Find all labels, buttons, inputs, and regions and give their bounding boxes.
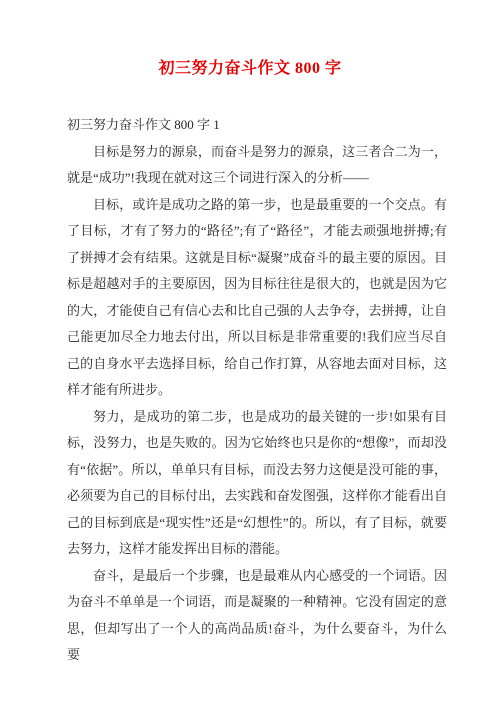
- essay-body: 初三努力奋斗作文 800 字 1 目标是努力的源泉，而奋斗是努力的源泉，这三者合…: [67, 112, 447, 669]
- document-page: { "page": { "background_color": "#ffffff…: [0, 0, 500, 707]
- essay-paragraph: 奋斗，是最后一个步骤，也是最难从内心感受的一个词语。因为奋斗不单单是一个词语，而…: [67, 563, 447, 669]
- essay-paragraph: 目标，或许是成功之路的第一步，也是最重要的一个交点。有了目标，才有了努力的“路径…: [67, 192, 447, 404]
- essay-paragraph: 目标是努力的源泉，而奋斗是努力的源泉，这三者合二为一，就是“成功”!我现在就对这…: [67, 139, 447, 192]
- essay-paragraph: 努力，是成功的第二步，也是成功的最关键的一步!如果有目标，没努力，也是失败的。因…: [67, 404, 447, 563]
- page: 初三努力奋斗作文 800 字 初三努力奋斗作文 800 字 1 目标是努力的源泉…: [0, 0, 500, 707]
- essay-subtitle-line: 初三努力奋斗作文 800 字 1: [67, 112, 447, 139]
- essay-title: 初三努力奋斗作文 800 字: [0, 0, 500, 79]
